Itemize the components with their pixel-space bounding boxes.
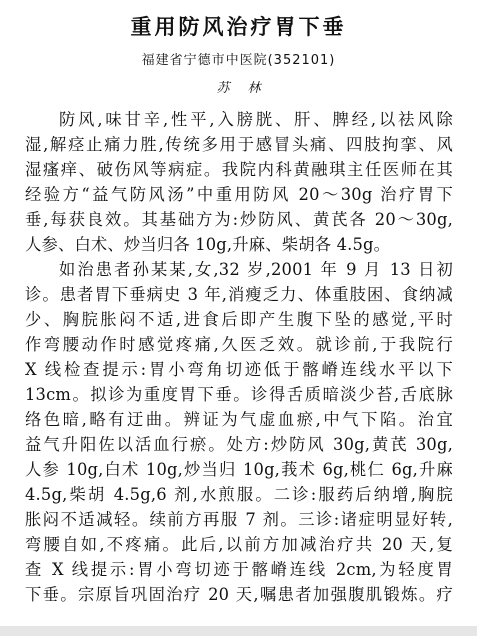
body-line: 下垂。宗原旨巩固治疗 20 天,嘱患者加强腹肌锻炼。疗 bbox=[25, 582, 453, 607]
article-body: 防风,味甘辛,性平,入膀胱、肝、脾经,以祛风除 湿,解痉止痛力胜,传统多用于感冒… bbox=[25, 107, 453, 607]
body-line: 人参 10g,白术 10g,炒当归 10g,莪术 6g,桃仁 6g,升麻 bbox=[25, 457, 453, 482]
page-bottom-edge bbox=[0, 626, 477, 636]
body-line: 经验方“益气防风汤”中重用防风 20～30g 治疗胃下 bbox=[25, 182, 453, 207]
body-line: 络色暗,略有迂曲。辨证为气虚血瘀,中气下陷。治宜 bbox=[25, 407, 453, 432]
author-given-name: 林 bbox=[248, 81, 261, 96]
body-line: X 线检查提示:胃小弯角切迹低于髂嵴连线水平以下 bbox=[25, 357, 453, 382]
body-line: 4.5g,柴胡 4.5g,6 剂,水煎服。二诊:服药后纳增,胸脘 bbox=[25, 482, 453, 507]
body-line: 湿,解痉止痛力胜,传统多用于感冒头痛、四肢拘挛、风 bbox=[25, 132, 453, 157]
body-line: 人参、白术、炒当归各 10g,升麻、柴胡各 4.5g。 bbox=[25, 232, 453, 257]
body-line: 防风,味甘辛,性平,入膀胱、肝、脾经,以祛风除 bbox=[25, 107, 453, 132]
body-line: 查 X 线提示:胃小弯切迹于髂嵴连线 2cm,为轻度胃 bbox=[25, 557, 453, 582]
body-line: 弯腰自如,不疼痛。此后,以前方加减治疗共 20 天,复 bbox=[25, 532, 453, 557]
body-line: 作弯腰动作时感觉疼痛,久医乏效。就诊前,于我院行 bbox=[25, 332, 453, 357]
body-line: 湿瘙痒、破伤风等病症。我院内科黄融琪主任医师在其 bbox=[25, 157, 453, 182]
article-title: 重用防风治疗胃下垂 bbox=[0, 12, 477, 42]
body-line: 13cm。拟诊为重度胃下垂。诊得舌质暗淡少苔,舌底脉 bbox=[25, 382, 453, 407]
author-affiliation: 福建省宁德市中医院(352101) bbox=[0, 52, 477, 70]
body-line: 诊。患者胃下垂病史 3 年,消瘦乏力、体重肢困、食纳减 bbox=[25, 282, 453, 307]
document-page: 重用防风治疗胃下垂 福建省宁德市中医院(352101) 苏林 防风,味甘辛,性平… bbox=[0, 0, 477, 626]
body-line: 胀闷不适减轻。续前方再服 7 剂。三诊:诸症明显好转, bbox=[25, 507, 453, 532]
body-line: 益气升阳佐以活血行瘀。处方:炒防风 30g,黄芪 30g, bbox=[25, 432, 453, 457]
body-line: 如治患者孙某某,女,32 岁,2001 年 9 月 13 日初 bbox=[25, 257, 453, 282]
author-surname: 苏 bbox=[216, 81, 229, 96]
body-line: 垂,每获良效。其基础方为:炒防风、黄芪各 20～30g, bbox=[25, 207, 453, 232]
body-line: 少、胸脘胀闷不适,进食后即产生腹下坠的感觉,平时 bbox=[25, 307, 453, 332]
author-name: 苏林 bbox=[0, 80, 477, 98]
